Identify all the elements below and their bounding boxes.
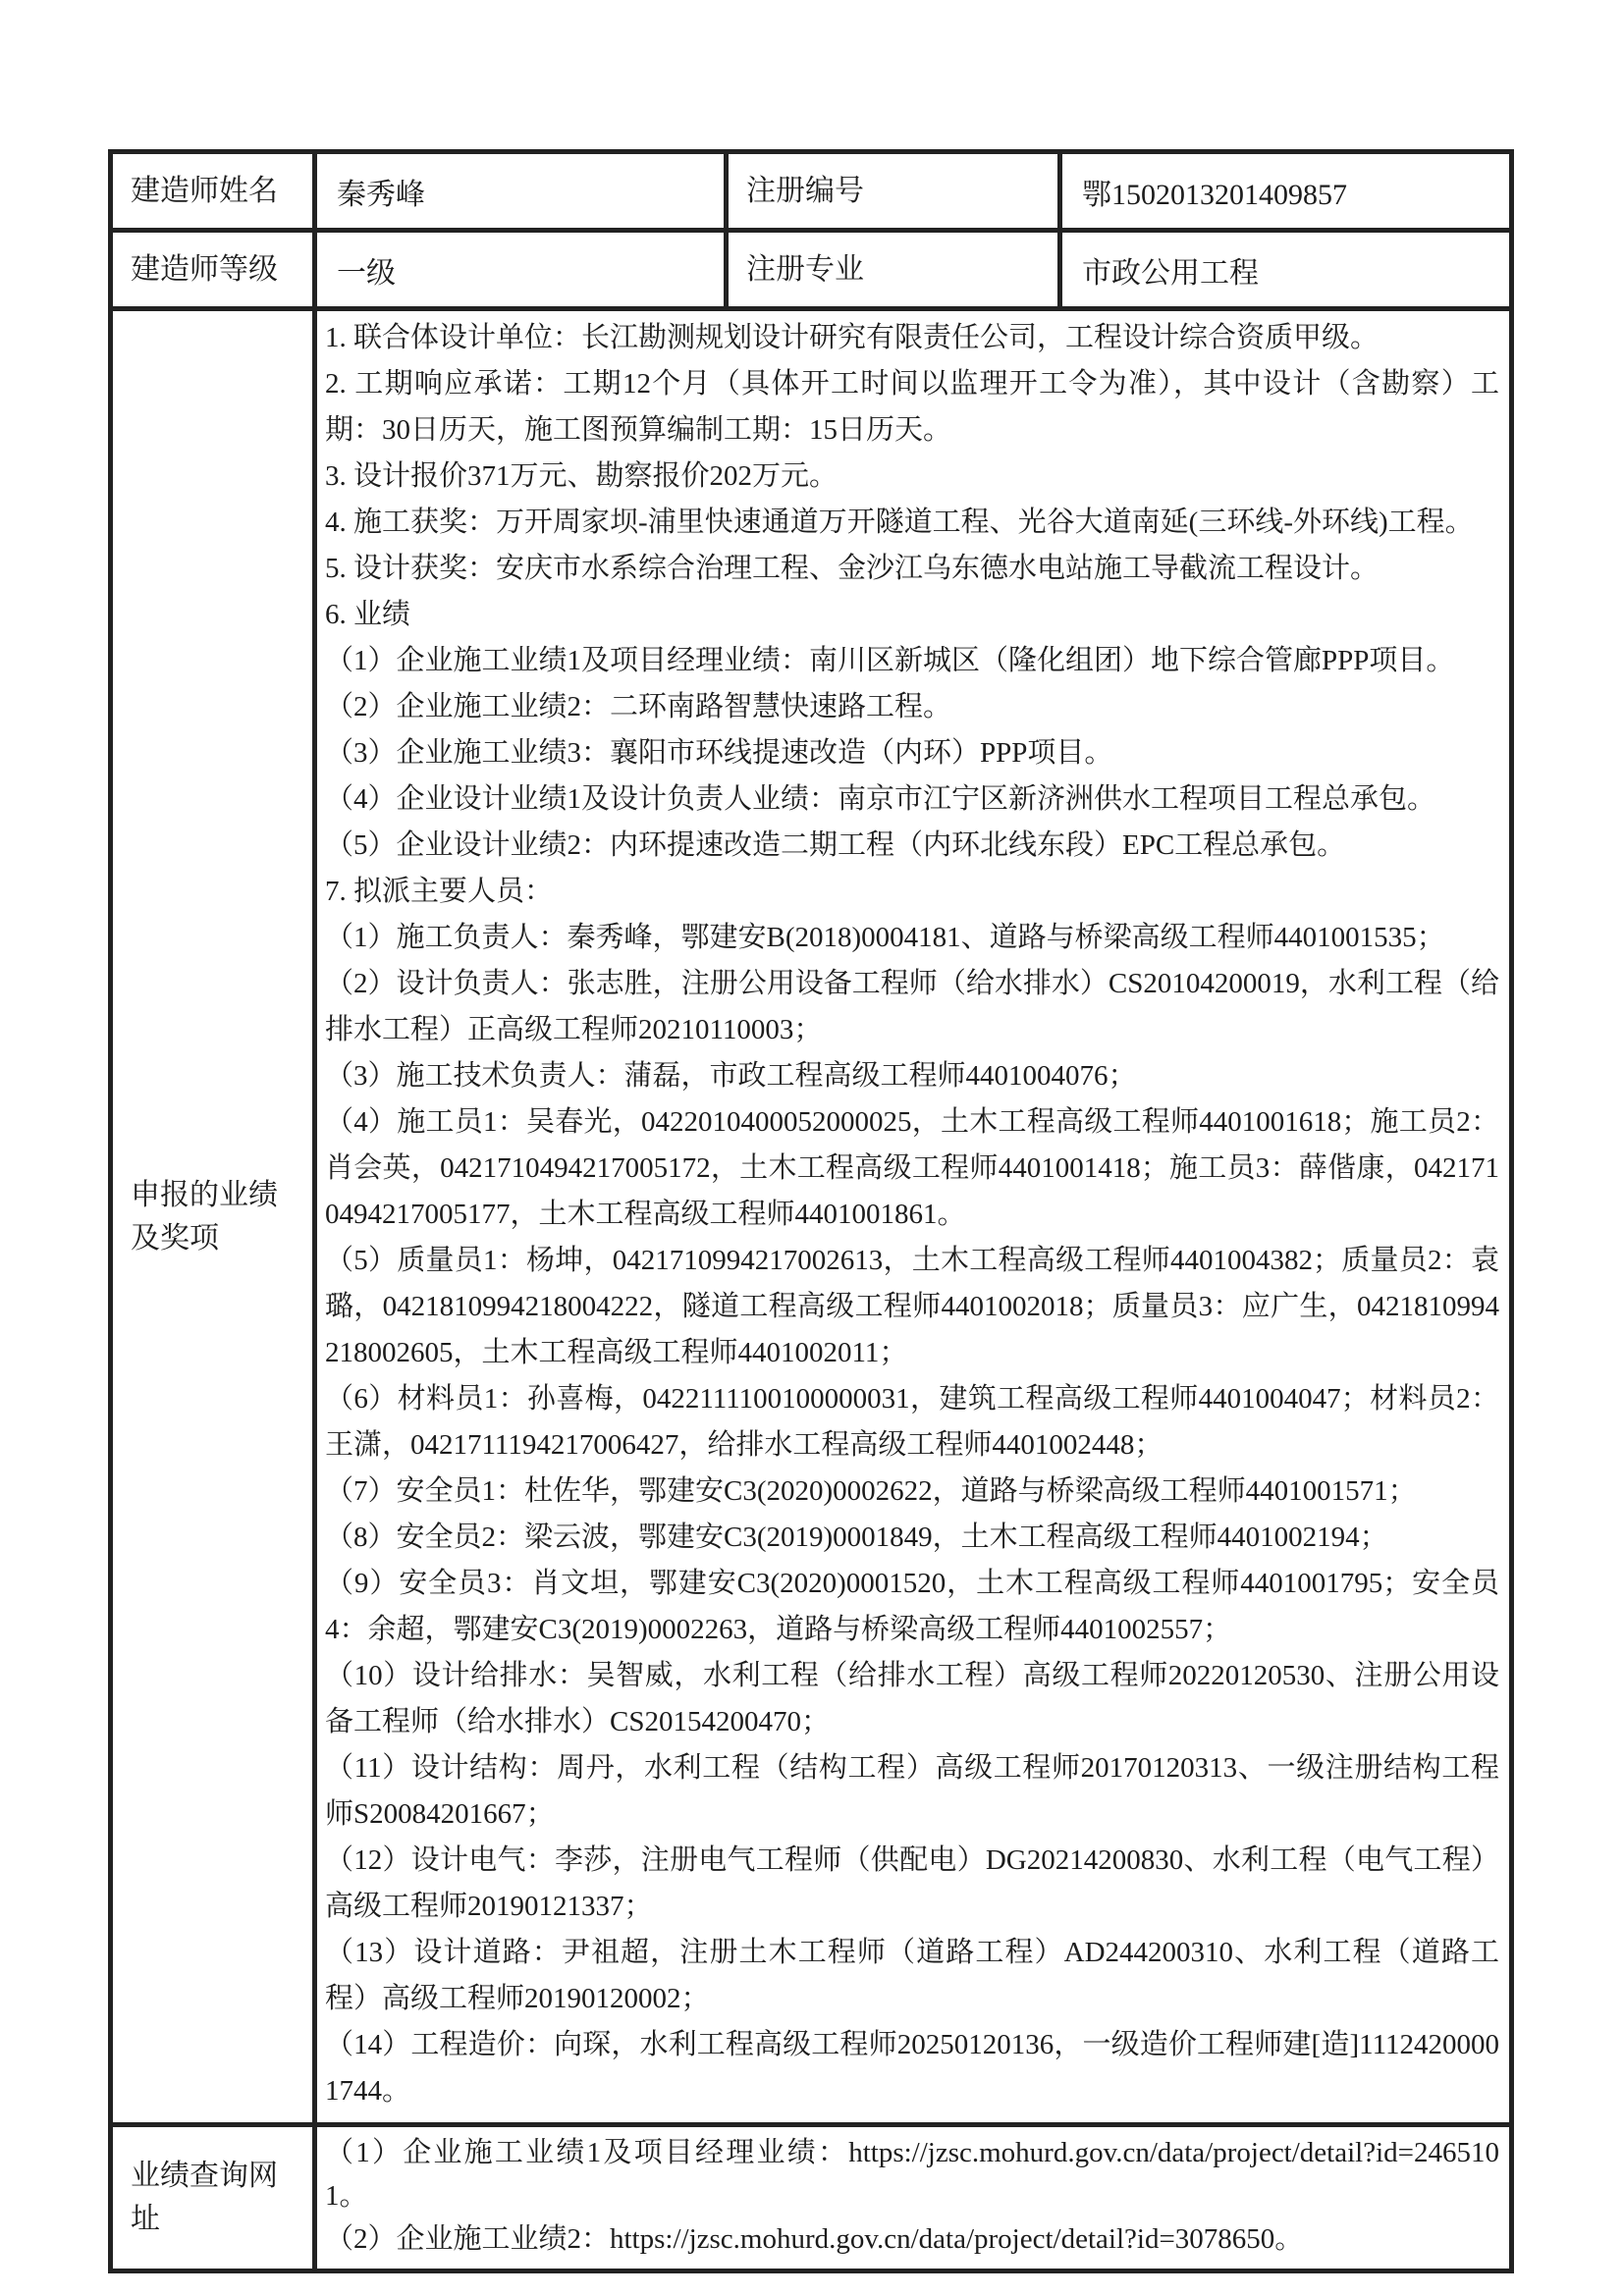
achievement-item: 4. 施工获奖：万开周家坝-浦里快速通道万开隧道工程、光谷大道南延(三环线-外环…	[325, 500, 1499, 546]
builder-grade-value: 一级	[315, 231, 727, 309]
achievement-item: 1. 联合体设计单位：长江勘测规划设计研究有限责任公司，工程设计综合资质甲级。	[325, 315, 1499, 361]
builder-name-label: 建造师姓名	[111, 152, 315, 231]
registered-major-value: 市政公用工程	[1060, 231, 1512, 309]
achievement-item: （10）设计给排水：吴智威，水利工程（给排水工程）高级工程师2022012053…	[325, 1653, 1499, 1745]
builder-info-table: 建造师姓名 秦秀峰 注册编号 鄂1502013201409857 建造师等级 一…	[108, 149, 1514, 2273]
achievement-item: 7. 拟派主要人员：	[325, 869, 1499, 915]
achievement-item: （12）设计电气：李莎，注册电气工程师（供配电）DG20214200830、水利…	[325, 1838, 1499, 1930]
achievement-item: （3）企业施工业绩3：襄阳市环线提速改造（内环）PPP项目。	[325, 730, 1499, 776]
achievement-item: 5. 设计获奖：安庆市水系综合治理工程、金沙江乌东德水电站施工导截流工程设计。	[325, 546, 1499, 592]
table-row: 建造师等级 一级 注册专业 市政公用工程	[111, 231, 1512, 309]
achievement-item: （1）企业施工业绩1及项目经理业绩：南川区新城区（隆化组团）地下综合管廊PPP项…	[325, 638, 1499, 684]
achievements-content: 1. 联合体设计单位：长江勘测规划设计研究有限责任公司，工程设计综合资质甲级。 …	[315, 309, 1512, 2125]
achievement-item: （13）设计道路：尹祖超，注册土木工程师（道路工程）AD244200310、水利…	[325, 1930, 1499, 2022]
achievement-item: （8）安全员2：梁云波，鄂建安C3(2019)0001849，土木工程高级工程师…	[325, 1515, 1499, 1561]
achievement-item: （7）安全员1：杜佐华，鄂建安C3(2020)0002622，道路与桥梁高级工程…	[325, 1468, 1499, 1515]
achievement-item: 2. 工期响应承诺：工期12个月（具体开工时间以监理开工令为准），其中设计（含勘…	[325, 361, 1499, 454]
achievement-item: （5）企业设计业绩2：内环提速改造二期工程（内环北线东段）EPC工程总承包。	[325, 823, 1499, 869]
achievement-item: （3）施工技术负责人：蒲磊，市政工程高级工程师4401004076；	[325, 1053, 1499, 1099]
achievement-item: （6）材料员1：孙喜梅，0422111100100000031，建筑工程高级工程…	[325, 1376, 1499, 1468]
performance-query-url-content: （1）企业施工业绩1及项目经理业绩：https://jzsc.mohurd.go…	[315, 2125, 1512, 2271]
achievement-item: （2）企业施工业绩2：二环南路智慧快速路工程。	[325, 684, 1499, 730]
builder-name-value: 秦秀峰	[315, 152, 727, 231]
achievement-item: （1）施工负责人：秦秀峰，鄂建安B(2018)0004181、道路与桥梁高级工程…	[325, 915, 1499, 961]
achievement-item: （14）工程造价：向琛，水利工程高级工程师20250120136，一级造价工程师…	[325, 2022, 1499, 2114]
achievement-item: 3. 设计报价371万元、勘察报价202万元。	[325, 454, 1499, 500]
table-row: 申报的业绩及奖项 1. 联合体设计单位：长江勘测规划设计研究有限责任公司，工程设…	[111, 309, 1512, 2125]
achievement-item: （2）设计负责人：张志胜，注册公用设备工程师（给水排水）CS2010420001…	[325, 961, 1499, 1053]
registered-major-label: 注册专业	[727, 231, 1060, 309]
achievement-item: （4）企业设计业绩1及设计负责人业绩：南京市江宁区新济洲供水工程项目工程总承包。	[325, 776, 1499, 823]
table-row: 业绩查询网址 （1）企业施工业绩1及项目经理业绩：https://jzsc.mo…	[111, 2125, 1512, 2271]
performance-query-url-label: 业绩查询网址	[111, 2125, 315, 2271]
registration-number-value: 鄂1502013201409857	[1060, 152, 1512, 231]
table-row: 建造师姓名 秦秀峰 注册编号 鄂1502013201409857	[111, 152, 1512, 231]
document-page: { "table": { "row1": { "c1": "建造师姓名", "c…	[0, 0, 1623, 2296]
achievement-item: （11）设计结构：周丹，水利工程（结构工程）高级工程师20170120313、一…	[325, 1745, 1499, 1838]
achievement-item: 6. 业绩	[325, 592, 1499, 638]
builder-grade-label: 建造师等级	[111, 231, 315, 309]
performance-url-item: （1）企业施工业绩1及项目经理业绩：https://jzsc.mohurd.go…	[325, 2131, 1499, 2217]
achievement-item: （9）安全员3：肖文坦，鄂建安C3(2020)0001520，土木工程高级工程师…	[325, 1561, 1499, 1653]
performance-url-item: （2）企业施工业绩2：https://jzsc.mohurd.gov.cn/da…	[325, 2217, 1499, 2261]
achievements-label: 申报的业绩及奖项	[111, 309, 315, 2125]
achievement-item: （5）质量员1：杨坤，0421710994217002613，土木工程高级工程师…	[325, 1238, 1499, 1376]
registration-number-label: 注册编号	[727, 152, 1060, 231]
achievement-item: （4）施工员1：吴春光，0422010400052000025，土木工程高级工程…	[325, 1099, 1499, 1238]
